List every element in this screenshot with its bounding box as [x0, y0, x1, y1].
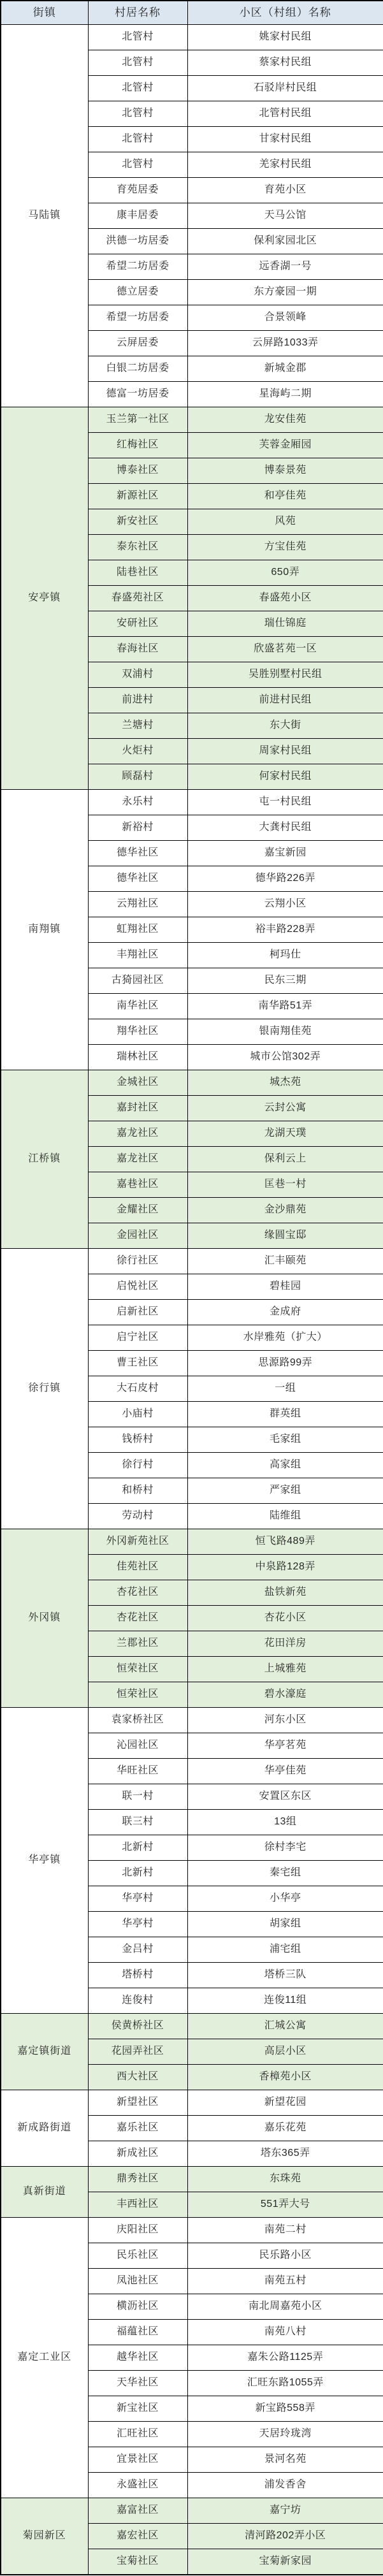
community-cell: 民乐路小区 [187, 2243, 383, 2269]
village-cell: 北管村 [88, 152, 187, 178]
community-cell: 清河路202弄小区 [187, 2524, 383, 2549]
community-cell: 匡巷一村 [187, 1172, 383, 1198]
community-cell: 合景领峰 [187, 305, 383, 331]
community-cell: 嘉宝新园 [187, 841, 383, 866]
community-cell: 宝菊新家园 [187, 2549, 383, 2575]
community-cell: 银南翔佳苑 [187, 1019, 383, 1045]
community-cell: 德华路226弄 [187, 866, 383, 892]
village-cell: 德立居委 [88, 280, 187, 305]
village-cell: 玉兰第一社区 [88, 407, 187, 433]
village-cell: 鼎秀社区 [88, 2167, 187, 2192]
village-cell: 北管村 [88, 25, 187, 50]
community-cell: 花田洋房 [187, 1631, 383, 1657]
community-cell: 盐铁新苑 [187, 1580, 383, 1606]
community-cell: 塔东365弄 [187, 2141, 383, 2167]
village-cell: 劳动村 [88, 1504, 187, 1529]
community-cell: 云翔小区 [187, 892, 383, 917]
community-cell: 恒飞路489弄 [187, 1529, 383, 1555]
village-cell: 德华社区 [88, 866, 187, 892]
community-cell: 北管村民组 [187, 101, 383, 127]
community-cell: 严家组 [187, 1478, 383, 1504]
community-cell: 新望花园 [187, 2090, 383, 2116]
village-cell: 凤池社区 [88, 2269, 187, 2294]
community-cell: 东大街 [187, 713, 383, 739]
community-cell: 浦发香舍 [187, 2473, 383, 2498]
community-cell: 石驳岸村民组 [187, 76, 383, 101]
village-cell: 沁园社区 [88, 1733, 187, 1759]
village-cell: 花园弄社区 [88, 2039, 187, 2065]
village-cell: 侯黄桥社区 [88, 2014, 187, 2039]
village-cell: 瑞林社区 [88, 1045, 187, 1070]
town-cell: 菊园新区 [1, 2498, 88, 2575]
community-cell: 金成府 [187, 1300, 383, 1325]
village-cell: 天华社区 [88, 2371, 187, 2396]
community-cell: 云封公寓 [187, 1096, 383, 1121]
village-cell: 宜景社区 [88, 2447, 187, 2473]
village-cell: 金吕村 [88, 1937, 187, 1963]
village-cell: 北管村 [88, 50, 187, 76]
community-cell: 柯玛仕 [187, 943, 383, 968]
community-cell: 思源路99弄 [187, 1351, 383, 1376]
table-row: 安亭镇玉兰第一社区龙安佳苑 [1, 407, 383, 433]
town-cell: 马陆镇 [1, 25, 88, 407]
community-cell: 浦宅组 [187, 1937, 383, 1963]
table-header: 街镇 村居名称 小区（村组）名称 [1, 1, 383, 25]
community-cell: 大龚村民组 [187, 815, 383, 841]
table-row: 嘉定镇街道侯黄桥社区汇城公寓 [1, 2014, 383, 2039]
community-cell: 650弄 [187, 560, 383, 586]
village-cell: 北新村 [88, 1835, 187, 1861]
town-cell: 徐行镇 [1, 1249, 88, 1529]
community-cell: 保利家园北区 [187, 229, 383, 254]
community-cell: 博泰景苑 [187, 458, 383, 484]
community-cell: 方宝佳苑 [187, 535, 383, 560]
community-cell: 缘圆宝邸 [187, 1223, 383, 1249]
village-cell: 嘉封社区 [88, 1096, 187, 1121]
community-cell: 小华亭 [187, 1886, 383, 1912]
village-cell: 火炬村 [88, 739, 187, 764]
village-cell: 德华社区 [88, 841, 187, 866]
community-cell: 远香湖一号 [187, 254, 383, 280]
community-cell: 水岸雅苑（扩大） [187, 1325, 383, 1351]
table-row: 菊园新区嘉富社区嘉宁坊 [1, 2498, 383, 2524]
table-row: 嘉定工业区庆阳社区南苑二村 [1, 2218, 383, 2243]
town-cell: 嘉定镇街道 [1, 2014, 88, 2090]
village-cell: 徐行社区 [88, 1249, 187, 1274]
village-cell: 北新村 [88, 1861, 187, 1886]
community-cell: 天居玲珑湾 [187, 2422, 383, 2447]
village-cell: 洪德一坊居委 [88, 229, 187, 254]
community-cell: 裕丰路228弄 [187, 917, 383, 943]
community-cell: 嘉朱公路1125弄 [187, 2345, 383, 2371]
village-cell: 新成社区 [88, 2141, 187, 2167]
village-cell: 和桥村 [88, 1478, 187, 1504]
village-cell: 启新社区 [88, 1300, 187, 1325]
community-cell: 一组 [187, 1376, 383, 1402]
town-community-table: 街镇 村居名称 小区（村组）名称 马陆镇北管村姚家村民组北管村蔡家村民组北管村石… [0, 0, 383, 2575]
village-cell: 新源社区 [88, 484, 187, 509]
community-cell: 香樟苑小区 [187, 2065, 383, 2090]
community-cell: 上城雅苑 [187, 1657, 383, 1682]
community-cell: 屯一村民组 [187, 790, 383, 815]
village-cell: 双浦村 [88, 662, 187, 688]
village-cell: 嘉乐社区 [88, 2116, 187, 2141]
community-cell: 瑞仕锦庭 [187, 611, 383, 637]
community-cell: 551弄大号 [187, 2192, 383, 2218]
community-cell: 东方豪园一期 [187, 280, 383, 305]
table-row: 真新街道鼎秀社区东珠苑 [1, 2167, 383, 2192]
village-cell: 希望二坊居委 [88, 254, 187, 280]
community-cell: 南苑五村 [187, 2269, 383, 2294]
village-cell: 恒荣社区 [88, 1682, 187, 1708]
header-community-name: 小区（村组）名称 [187, 1, 383, 25]
community-cell: 新城金郡 [187, 356, 383, 382]
village-cell: 博泰社区 [88, 458, 187, 484]
village-cell: 新安社区 [88, 509, 187, 535]
community-cell: 风苑 [187, 509, 383, 535]
village-cell: 杏花社区 [88, 1606, 187, 1631]
village-cell: 大石皮村 [88, 1376, 187, 1402]
village-cell: 西大社区 [88, 2065, 187, 2090]
village-cell: 兰郡社区 [88, 1631, 187, 1657]
community-cell: 天马公馆 [187, 203, 383, 229]
community-cell: 陆维组 [187, 1504, 383, 1529]
community-cell: 南苑八村 [187, 2320, 383, 2345]
village-cell: 红梅社区 [88, 433, 187, 458]
community-cell: 城杰苑 [187, 1070, 383, 1096]
town-cell: 嘉定工业区 [1, 2218, 88, 2498]
table-row: 外冈镇外冈新苑社区恒飞路489弄 [1, 1529, 383, 1555]
village-cell: 连俊村 [88, 1988, 187, 2014]
village-cell: 佳苑社区 [88, 1555, 187, 1580]
community-cell: 甘家村民组 [187, 127, 383, 152]
town-cell: 真新街道 [1, 2167, 88, 2218]
community-cell: 蔡家村民组 [187, 50, 383, 76]
community-cell: 民东三期 [187, 968, 383, 994]
table-row: 南翔镇永乐村屯一村民组 [1, 790, 383, 815]
village-cell: 塔桥村 [88, 1963, 187, 1988]
community-cell: 中泉路128弄 [187, 1555, 383, 1580]
community-cell: 华亭茗苑 [187, 1733, 383, 1759]
village-cell: 汇旺社区 [88, 2422, 187, 2447]
community-cell: 南苑二村 [187, 2218, 383, 2243]
village-cell: 古猗园社区 [88, 968, 187, 994]
village-cell: 白银二坊居委 [88, 356, 187, 382]
community-cell: 秦宅组 [187, 1861, 383, 1886]
community-cell: 13组 [187, 1810, 383, 1835]
village-cell: 嘉龙社区 [88, 1121, 187, 1147]
town-cell: 外冈镇 [1, 1529, 88, 1708]
village-cell: 华亭村 [88, 1912, 187, 1937]
community-cell: 碧桂园 [187, 1274, 383, 1300]
community-cell: 前进村民组 [187, 688, 383, 713]
village-cell: 希望一坊居委 [88, 305, 187, 331]
community-cell: 高层小区 [187, 2039, 383, 2065]
community-cell: 育苑小区 [187, 178, 383, 203]
community-cell: 云屏路1033弄 [187, 331, 383, 356]
village-cell: 顾磊村 [88, 764, 187, 790]
community-cell: 星海屿二期 [187, 382, 383, 407]
village-cell: 北管村 [88, 76, 187, 101]
community-cell: 群英组 [187, 1402, 383, 1427]
village-cell: 泰东社区 [88, 535, 187, 560]
village-cell: 永盛社区 [88, 2473, 187, 2498]
table-body: 马陆镇北管村姚家村民组北管村蔡家村民组北管村石驳岸村民组北管村北管村民组北管村甘… [1, 25, 383, 2575]
village-cell: 丰翔社区 [88, 943, 187, 968]
village-cell: 德富一坊居委 [88, 382, 187, 407]
village-cell: 金城社区 [88, 1070, 187, 1096]
village-cell: 新宝社区 [88, 2396, 187, 2422]
village-cell: 钱桥村 [88, 1427, 187, 1453]
village-cell: 小庙村 [88, 1402, 187, 1427]
village-cell: 春盛苑社区 [88, 586, 187, 611]
village-cell: 徐行村 [88, 1453, 187, 1478]
header-row: 街镇 村居名称 小区（村组）名称 [1, 1, 383, 25]
village-cell: 福蕴社区 [88, 2320, 187, 2345]
community-cell: 汇丰颐苑 [187, 1249, 383, 1274]
community-cell: 毛家组 [187, 1427, 383, 1453]
community-cell: 龙安佳苑 [187, 407, 383, 433]
village-cell: 宝菊社区 [88, 2549, 187, 2575]
town-cell: 安亭镇 [1, 407, 88, 790]
table-row: 江桥镇金城社区城杰苑 [1, 1070, 383, 1096]
community-cell: 胡家组 [187, 1912, 383, 1937]
village-cell: 华亭村 [88, 1886, 187, 1912]
village-cell: 联三村 [88, 1810, 187, 1835]
village-cell: 育苑居委 [88, 178, 187, 203]
village-cell: 北管村 [88, 101, 187, 127]
village-cell: 联一村 [88, 1784, 187, 1810]
village-cell: 陆巷社区 [88, 560, 187, 586]
community-cell: 河东小区 [187, 1708, 383, 1733]
community-cell: 龙湖天璞 [187, 1121, 383, 1147]
community-cell: 嘉宁坊 [187, 2498, 383, 2524]
village-cell: 华旺社区 [88, 1759, 187, 1784]
table-row: 华亭镇袁家桥社区河东小区 [1, 1708, 383, 1733]
community-cell: 汇旺东路1055弄 [187, 2371, 383, 2396]
village-cell: 嘉巷社区 [88, 1172, 187, 1198]
community-cell: 欣盛茗苑一区 [187, 637, 383, 662]
town-cell: 江桥镇 [1, 1070, 88, 1249]
community-cell: 和亭佳苑 [187, 484, 383, 509]
village-cell: 翔华社区 [88, 1019, 187, 1045]
village-cell: 民乐社区 [88, 2243, 187, 2269]
community-cell: 徐村李宅 [187, 1835, 383, 1861]
village-cell: 金园社区 [88, 1223, 187, 1249]
village-cell: 嘉富社区 [88, 2498, 187, 2524]
village-cell: 恒荣社区 [88, 1657, 187, 1682]
village-cell: 启悦社区 [88, 1274, 187, 1300]
village-cell: 曹王社区 [88, 1351, 187, 1376]
village-cell: 康丰居委 [88, 203, 187, 229]
town-cell: 南翔镇 [1, 790, 88, 1070]
community-cell: 景河名苑 [187, 2447, 383, 2473]
community-cell: 保利云上 [187, 1147, 383, 1172]
village-cell: 南华社区 [88, 994, 187, 1019]
village-cell: 兰塘村 [88, 713, 187, 739]
community-cell: 连俊11组 [187, 1988, 383, 2014]
table-row: 马陆镇北管村姚家村民组 [1, 25, 383, 50]
table-row: 徐行镇徐行社区汇丰颐苑 [1, 1249, 383, 1274]
village-cell: 嘉宏社区 [88, 2524, 187, 2549]
village-cell: 启宁社区 [88, 1325, 187, 1351]
header-street-town: 街镇 [1, 1, 88, 25]
village-cell: 横沥社区 [88, 2294, 187, 2320]
community-cell: 羌家村民组 [187, 152, 383, 178]
village-cell: 安研社区 [88, 611, 187, 637]
community-cell: 塔桥三队 [187, 1963, 383, 1988]
village-cell: 袁家桥社区 [88, 1708, 187, 1733]
community-cell: 城市公馆302弄 [187, 1045, 383, 1070]
village-cell: 新裕村 [88, 815, 187, 841]
community-cell: 华亭佳苑 [187, 1759, 383, 1784]
community-cell: 周家村民组 [187, 739, 383, 764]
village-cell: 杏花社区 [88, 1580, 187, 1606]
community-cell: 吴胜别墅村民组 [187, 662, 383, 688]
village-cell: 北管村 [88, 127, 187, 152]
community-cell: 新宝路558弄 [187, 2396, 383, 2422]
community-cell: 高家组 [187, 1453, 383, 1478]
community-cell: 何家村民组 [187, 764, 383, 790]
community-cell: 安置区东区 [187, 1784, 383, 1810]
community-cell: 芙蓉金厢园 [187, 433, 383, 458]
village-cell: 云屏居委 [88, 331, 187, 356]
village-cell: 永乐村 [88, 790, 187, 815]
village-cell: 丰西社区 [88, 2192, 187, 2218]
town-cell: 华亭镇 [1, 1708, 88, 2014]
community-cell: 嘉乐花苑 [187, 2116, 383, 2141]
community-cell: 杏花小区 [187, 1606, 383, 1631]
village-cell: 嘉龙社区 [88, 1147, 187, 1172]
community-cell: 春盛苑小区 [187, 586, 383, 611]
village-cell: 庆阳社区 [88, 2218, 187, 2243]
village-cell: 春海社区 [88, 637, 187, 662]
community-cell: 南北周嘉苑小区 [187, 2294, 383, 2320]
community-cell: 姚家村民组 [187, 25, 383, 50]
village-cell: 新望社区 [88, 2090, 187, 2116]
village-cell: 虹翔社区 [88, 917, 187, 943]
village-cell: 外冈新苑社区 [88, 1529, 187, 1555]
community-cell: 东珠苑 [187, 2167, 383, 2192]
header-village-name: 村居名称 [88, 1, 187, 25]
community-cell: 汇城公寓 [187, 2014, 383, 2039]
community-cell: 碧水濠庭 [187, 1682, 383, 1708]
community-cell: 金沙鼎苑 [187, 1198, 383, 1223]
village-cell: 金耀社区 [88, 1198, 187, 1223]
town-cell: 新成路街道 [1, 2090, 88, 2167]
community-cell: 南华路51弄 [187, 994, 383, 1019]
village-cell: 越华社区 [88, 2345, 187, 2371]
table-row: 新成路街道新望社区新望花园 [1, 2090, 383, 2116]
village-cell: 前进村 [88, 688, 187, 713]
village-cell: 云翔社区 [88, 892, 187, 917]
